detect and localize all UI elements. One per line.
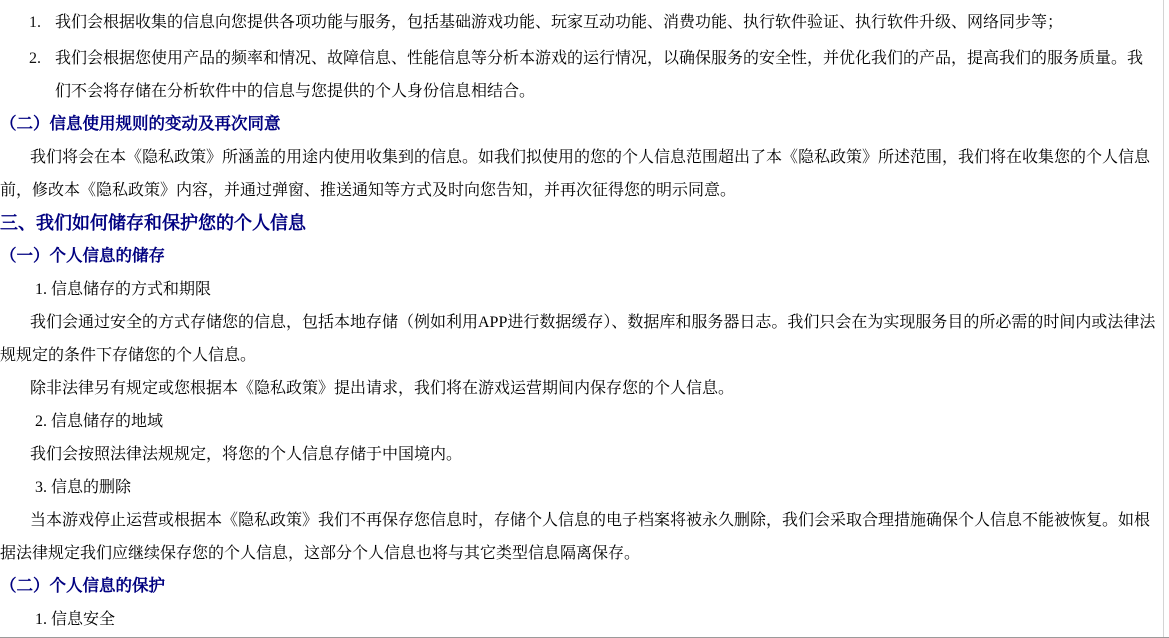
subitem-info-security-title: 1. 信息安全 (35, 603, 1163, 636)
paragraph-storage-duration: 除非法律另有规定或您根据本《隐私政策》提出请求，我们将在游戏运营期间内保存您的个… (0, 372, 1163, 405)
section-heading-personal-info-storage: （一）个人信息的储存 (0, 240, 1163, 273)
paragraph-storage-method: 我们会通过安全的方式存储您的信息，包括本地存储（例如利用APP进行数据缓存）、数… (0, 306, 1163, 372)
list-item: 2. 我们会根据您使用产品的频率和情况、故障信息、性能信息等分析本游戏的运行情况… (0, 42, 1163, 108)
list-item: 1. 我们会根据收集的信息向您提供各项功能与服务，包括基础游戏功能、玩家互动功能… (0, 6, 1163, 39)
privacy-policy-document: 1. 我们会根据收集的信息向您提供各项功能与服务，包括基础游戏功能、玩家互动功能… (0, 0, 1163, 636)
chapter-heading-storage-protection: 三、我们如何储存和保护您的个人信息 (0, 207, 1163, 240)
list-item-number: 2. (0, 42, 41, 108)
service-functions-list: 1. 我们会根据收集的信息向您提供各项功能与服务，包括基础游戏功能、玩家互动功能… (0, 6, 1163, 108)
page-right-border (1163, 0, 1164, 638)
subitem-storage-method-title: 1. 信息储存的方式和期限 (35, 273, 1163, 306)
list-item-text: 我们会根据收集的信息向您提供各项功能与服务，包括基础游戏功能、玩家互动功能、消费… (55, 6, 1163, 39)
paragraph-info-deletion: 当本游戏停止运营或根据本《隐私政策》我们不再保存您信息时，存储个人信息的电子档案… (0, 504, 1163, 570)
list-item-number: 1. (0, 6, 41, 39)
subitem-info-deletion-title: 3. 信息的删除 (35, 471, 1163, 504)
paragraph-storage-region: 我们会按照法律法规规定，将您的个人信息存储于中国境内。 (0, 438, 1163, 471)
paragraph-use-rules: 我们将会在本《隐私政策》所涵盖的用途内使用收集到的信息。如我们拟使用的您的个人信… (0, 141, 1163, 207)
section-heading-personal-info-protection: （二）个人信息的保护 (0, 570, 1163, 603)
subitem-storage-region-title: 2. 信息储存的地域 (35, 405, 1163, 438)
section-heading-use-rules: （二）信息使用规则的变动及再次同意 (0, 108, 1163, 141)
list-item-text: 我们会根据您使用产品的频率和情况、故障信息、性能信息等分析本游戏的运行情况，以确… (55, 42, 1163, 108)
